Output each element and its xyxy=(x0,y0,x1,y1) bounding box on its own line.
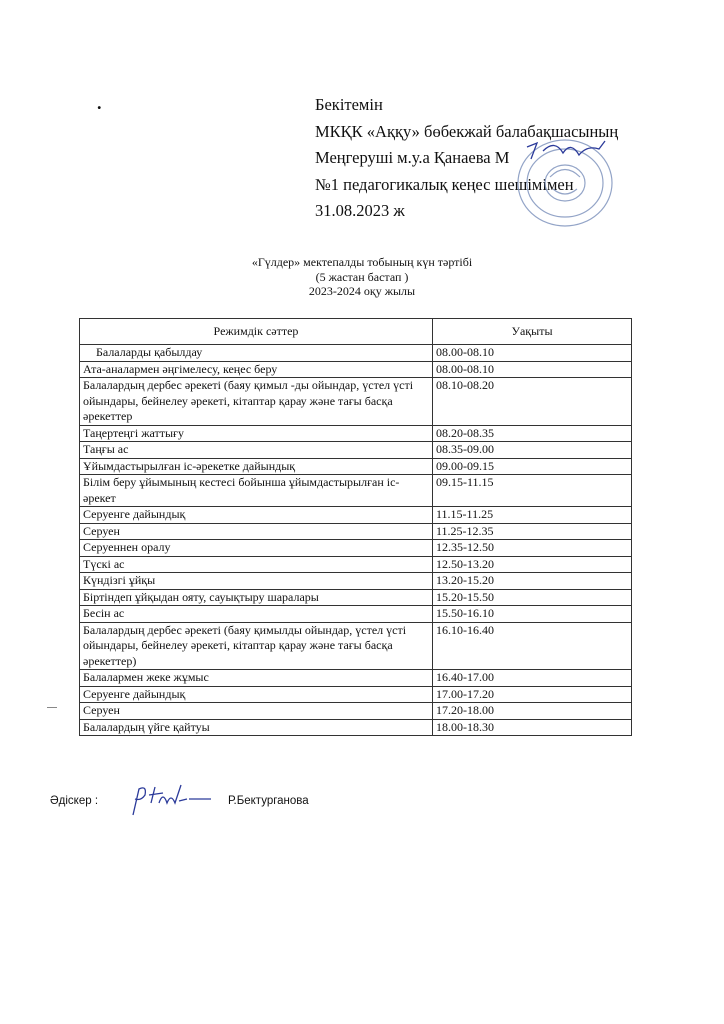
table-row: Таңғы ас08.35-09.00 xyxy=(80,442,632,459)
activity-cell: Таңғы ас xyxy=(80,442,433,459)
activity-cell: Серуен xyxy=(80,703,433,720)
time-cell: 13.20-15.20 xyxy=(433,573,632,590)
table-row: Балалардың дербес әрекеті (баяу қимылды … xyxy=(80,622,632,670)
time-cell: 09.15-11.15 xyxy=(433,475,632,507)
document-title: «Гүлдер» мектепалды тобының күн тәртібі … xyxy=(0,255,724,299)
activity-cell: Серуенге дайындық xyxy=(80,507,433,524)
title-subline: (5 жастан бастап ) xyxy=(0,270,724,285)
approval-line: Бекітемін xyxy=(315,92,618,119)
margin-dash xyxy=(47,707,57,708)
time-cell: 11.25-12.35 xyxy=(433,523,632,540)
table-row: Серуеннен оралу12.35-12.50 xyxy=(80,540,632,557)
activity-cell: Балалардың үйге қайтуы xyxy=(80,719,433,736)
time-cell: 15.50-16.10 xyxy=(433,606,632,623)
activity-cell: Серуеннен оралу xyxy=(80,540,433,557)
table-row: Күндізгі ұйқы13.20-15.20 xyxy=(80,573,632,590)
time-cell: 08.00-08.10 xyxy=(433,345,632,362)
time-cell: 08.35-09.00 xyxy=(433,442,632,459)
activity-cell: Ата-аналармен әңгімелесу, кеңес беру xyxy=(80,361,433,378)
activity-cell: Бесін ас xyxy=(80,606,433,623)
activity-cell: Біртіндеп ұйқыдан ояту, сауықтыру шарала… xyxy=(80,589,433,606)
table-row: Балалардың үйге қайтуы18.00-18.30 xyxy=(80,719,632,736)
time-cell: 08.00-08.10 xyxy=(433,361,632,378)
table-header-row: Режимдік сәттер Уақыты xyxy=(80,319,632,345)
title-year: 2023-2024 оқу жылы xyxy=(0,284,724,299)
time-cell: 12.50-13.20 xyxy=(433,556,632,573)
table-row: Балалардың дербес әрекеті (баяу қимыл -д… xyxy=(80,378,632,426)
table-row: Балалармен жеке жұмыс16.40-17.00 xyxy=(80,670,632,687)
activity-cell: Балалармен жеке жұмыс xyxy=(80,670,433,687)
time-cell: 15.20-15.50 xyxy=(433,589,632,606)
table-row: Ұйымдастырылған іс-әрекетке дайындық09.0… xyxy=(80,458,632,475)
activity-cell: Білім беру ұйымының кестесі бойынша ұйым… xyxy=(80,475,433,507)
time-cell: 16.10-16.40 xyxy=(433,622,632,670)
time-cell: 17.00-17.20 xyxy=(433,686,632,703)
official-stamp-icon xyxy=(515,137,615,229)
table-row: Түскі ас12.50-13.20 xyxy=(80,556,632,573)
table-row: Серуенге дайындық11.15-11.25 xyxy=(80,507,632,524)
table-row: Серуенге дайындық17.00-17.20 xyxy=(80,686,632,703)
column-header-activity: Режимдік сәттер xyxy=(80,319,433,345)
time-cell: 08.20-08.35 xyxy=(433,425,632,442)
activity-cell: Ұйымдастырылған іс-әрекетке дайындық xyxy=(80,458,433,475)
schedule-body: Балаларды қабылдау08.00-08.10Ата-аналарм… xyxy=(80,345,632,736)
signature-icon xyxy=(125,781,215,821)
activity-cell: Балалардың дербес әрекеті (баяу қимылды … xyxy=(80,622,433,670)
table-row: Таңертеңгі жаттығу08.20-08.35 xyxy=(80,425,632,442)
activity-cell: Түскі ас xyxy=(80,556,433,573)
table-row: Біртіндеп ұйқыдан ояту, сауықтыру шарала… xyxy=(80,589,632,606)
table-row: Балаларды қабылдау08.00-08.10 xyxy=(80,345,632,362)
schedule-table: Режимдік сәттер Уақыты Балаларды қабылда… xyxy=(79,318,632,736)
table-row: Бесін ас15.50-16.10 xyxy=(80,606,632,623)
table-row: Білім беру ұйымының кестесі бойынша ұйым… xyxy=(80,475,632,507)
title-line: «Гүлдер» мектепалды тобының күн тәртібі xyxy=(0,255,724,270)
margin-marker: . xyxy=(97,93,102,114)
activity-cell: Балаларды қабылдау xyxy=(80,345,433,362)
activity-cell: Серуен xyxy=(80,523,433,540)
column-header-time: Уақыты xyxy=(433,319,632,345)
table-row: Ата-аналармен әңгімелесу, кеңес беру08.0… xyxy=(80,361,632,378)
table-row: Серуен11.25-12.35 xyxy=(80,523,632,540)
time-cell: 17.20-18.00 xyxy=(433,703,632,720)
methodist-name: Р.Бектурганова xyxy=(228,795,309,807)
time-cell: 12.35-12.50 xyxy=(433,540,632,557)
time-cell: 11.15-11.25 xyxy=(433,507,632,524)
time-cell: 09.00-09.15 xyxy=(433,458,632,475)
time-cell: 08.10-08.20 xyxy=(433,378,632,426)
activity-cell: Таңертеңгі жаттығу xyxy=(80,425,433,442)
activity-cell: Серуенге дайындық xyxy=(80,686,433,703)
activity-cell: Балалардың дербес әрекеті (баяу қимыл -д… xyxy=(80,378,433,426)
table-row: Серуен17.20-18.00 xyxy=(80,703,632,720)
time-cell: 16.40-17.00 xyxy=(433,670,632,687)
methodist-label: Әдіскер : xyxy=(50,795,98,807)
time-cell: 18.00-18.30 xyxy=(433,719,632,736)
activity-cell: Күндізгі ұйқы xyxy=(80,573,433,590)
